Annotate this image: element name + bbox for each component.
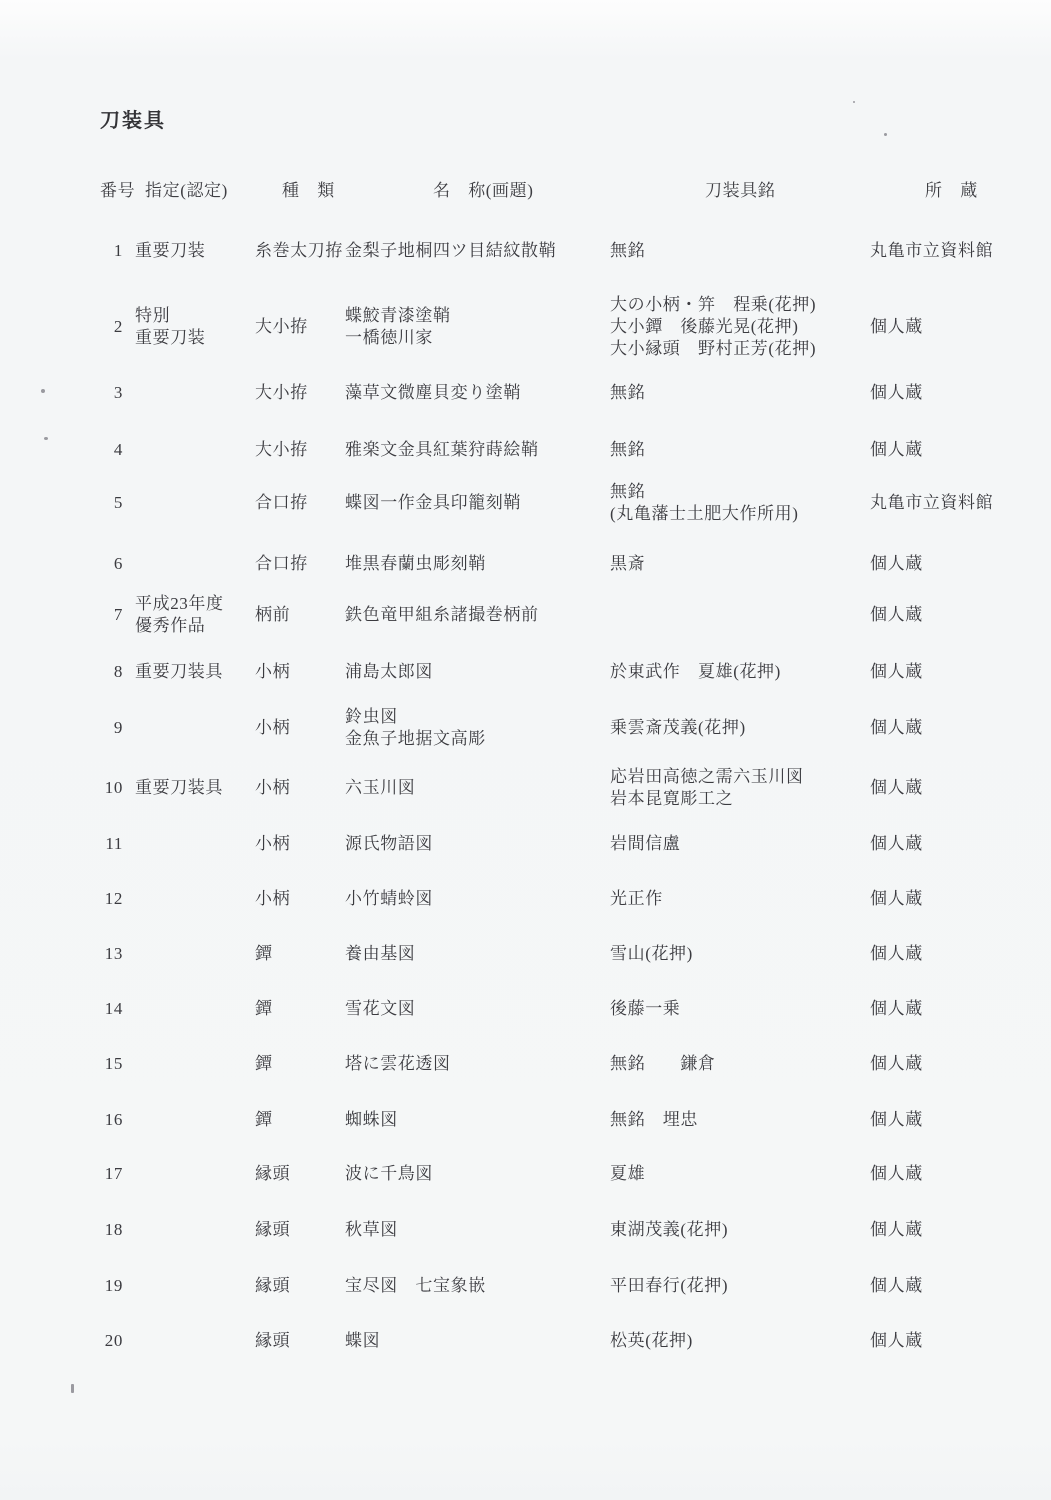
row-type: 縁頭 bbox=[255, 1330, 345, 1352]
row-type: 小柄 bbox=[255, 777, 345, 799]
row-type: 小柄 bbox=[255, 661, 345, 683]
row-type: 小柄 bbox=[255, 833, 345, 855]
row-name: 鈴虫図 金魚子地据文高彫 bbox=[345, 706, 610, 750]
row-type: 縁頭 bbox=[255, 1163, 345, 1185]
row-owner: 個人蔵 bbox=[870, 943, 1041, 965]
row-name: 雅楽文金具紅葉狩蒔絵鞘 bbox=[345, 439, 610, 461]
row-name: 波に千鳥図 bbox=[345, 1163, 610, 1185]
row-number: 20 bbox=[100, 1330, 135, 1352]
scanned-document-page: 刀装具 番号 指定(認定) 種 類 名 称(画題) 刀装具銘 所 蔵 1 重要刀… bbox=[0, 0, 1051, 1500]
row-owner: 個人蔵 bbox=[870, 604, 1041, 626]
row-type: 縁頭 bbox=[255, 1275, 345, 1297]
table-row: 7 平成23年度 優秀作品 柄前 鉄色竜甲組糸諸撮巻柄前 個人蔵 bbox=[100, 593, 1051, 637]
row-name: 宝尽図 七宝象嵌 bbox=[345, 1275, 610, 1297]
row-owner: 丸亀市立資料館 bbox=[870, 492, 1041, 514]
row-type: 鐔 bbox=[255, 998, 345, 1020]
row-name: 小竹蜻蛉図 bbox=[345, 888, 610, 910]
row-owner: 個人蔵 bbox=[870, 777, 1041, 799]
table-row: 15 鐔 塔に雲花透図 無銘 鎌倉 個人蔵 bbox=[100, 1053, 1051, 1075]
row-mei: 岩間信盧 bbox=[610, 833, 870, 855]
row-mei: 無銘 bbox=[610, 439, 870, 461]
row-mei: 無銘 (丸亀藩士土肥大作所用) bbox=[610, 481, 870, 525]
row-type: 鐔 bbox=[255, 1053, 345, 1075]
header-number: 番号 bbox=[100, 180, 135, 202]
table-row: 12 小柄 小竹蜻蛉図 光正作 個人蔵 bbox=[100, 888, 1051, 910]
row-name: 鉄色竜甲組糸諸撮巻柄前 bbox=[345, 604, 610, 626]
table-row: 16 鐔 蜘蛛図 無銘 埋忠 個人蔵 bbox=[100, 1109, 1051, 1131]
row-owner: 個人蔵 bbox=[870, 888, 1041, 910]
document-content: 刀装具 番号 指定(認定) 種 類 名 称(画題) 刀装具銘 所 蔵 1 重要刀… bbox=[0, 0, 1051, 1352]
row-owner: 個人蔵 bbox=[870, 661, 1041, 683]
table-row: 3 大小拵 藻草文微塵貝変り塗鞘 無銘 個人蔵 bbox=[100, 382, 1051, 404]
row-name: 藻草文微塵貝変り塗鞘 bbox=[345, 382, 610, 404]
row-type: 縁頭 bbox=[255, 1219, 345, 1241]
table-row: 19 縁頭 宝尽図 七宝象嵌 平田春行(花押) 個人蔵 bbox=[100, 1275, 1051, 1297]
row-mei: 乗雲斎茂義(花押) bbox=[610, 717, 870, 739]
row-number: 17 bbox=[100, 1163, 135, 1185]
row-mei: 無銘 埋忠 bbox=[610, 1109, 870, 1131]
table-row: 9 小柄 鈴虫図 金魚子地据文高彫 乗雲斎茂義(花押) 個人蔵 bbox=[100, 706, 1051, 750]
row-mei: 無銘 bbox=[610, 240, 870, 262]
row-type: 合口拵 bbox=[255, 492, 345, 514]
row-designation: 特別 重要刀装 bbox=[135, 305, 255, 349]
table-row: 13 鐔 養由基図 雪山(花押) 個人蔵 bbox=[100, 943, 1051, 965]
row-owner: 個人蔵 bbox=[870, 316, 1041, 338]
row-number: 13 bbox=[100, 943, 135, 965]
row-number: 16 bbox=[100, 1109, 135, 1131]
row-name: 蝶図 bbox=[345, 1330, 610, 1352]
row-type: 小柄 bbox=[255, 888, 345, 910]
row-number: 8 bbox=[100, 661, 135, 683]
table-row: 5 合口拵 蝶図一作金具印籠刻鞘 無銘 (丸亀藩士土肥大作所用) 丸亀市立資料館 bbox=[100, 481, 1051, 525]
row-owner: 個人蔵 bbox=[870, 1053, 1041, 1075]
header-mei: 刀装具銘 bbox=[610, 180, 870, 202]
row-number: 9 bbox=[100, 717, 135, 739]
row-mei: 於東武作 夏雄(花押) bbox=[610, 661, 870, 683]
row-type: 鐔 bbox=[255, 943, 345, 965]
row-mei: 光正作 bbox=[610, 888, 870, 910]
row-owner: 丸亀市立資料館 bbox=[870, 240, 1041, 262]
row-type: 大小拵 bbox=[255, 316, 345, 338]
row-mei: 大の小柄・笄 程乗(花押) 大小鐔 後藤光晃(花押) 大小縁頭 野村正芳(花押) bbox=[610, 294, 870, 360]
row-owner: 個人蔵 bbox=[870, 1330, 1041, 1352]
row-name: 金梨子地桐四ツ目結紋散鞘 bbox=[345, 240, 610, 262]
row-number: 14 bbox=[100, 998, 135, 1020]
table-row: 2 特別 重要刀装 大小拵 蝶鮫青漆塗鞘 一橋徳川家 大の小柄・笄 程乗(花押)… bbox=[100, 294, 1051, 360]
row-mei: 夏雄 bbox=[610, 1163, 870, 1185]
row-name: 六玉川図 bbox=[345, 777, 610, 799]
row-number: 1 bbox=[100, 240, 135, 262]
row-number: 4 bbox=[100, 439, 135, 461]
header-type: 種 類 bbox=[255, 180, 345, 202]
row-number: 18 bbox=[100, 1219, 135, 1241]
page-title: 刀装具 bbox=[100, 104, 1051, 133]
row-number: 2 bbox=[100, 316, 135, 338]
row-name: 養由基図 bbox=[345, 943, 610, 965]
row-mei: 黒斎 bbox=[610, 553, 870, 575]
row-number: 7 bbox=[100, 604, 135, 626]
row-owner: 個人蔵 bbox=[870, 553, 1041, 575]
row-number: 11 bbox=[100, 833, 135, 855]
row-mei: 松英(花押) bbox=[610, 1330, 870, 1352]
table-row: 20 縁頭 蝶図 松英(花押) 個人蔵 bbox=[100, 1330, 1051, 1352]
row-name: 蝶鮫青漆塗鞘 一橋徳川家 bbox=[345, 305, 610, 349]
row-number: 19 bbox=[100, 1275, 135, 1297]
row-mei: 東湖茂義(花押) bbox=[610, 1219, 870, 1241]
row-mei: 無銘 鎌倉 bbox=[610, 1053, 870, 1075]
row-mei: 平田春行(花押) bbox=[610, 1275, 870, 1297]
row-mei: 雪山(花押) bbox=[610, 943, 870, 965]
row-mei: 応岩田高徳之需六玉川図 岩本昆寛彫工之 bbox=[610, 766, 870, 810]
row-owner: 個人蔵 bbox=[870, 833, 1041, 855]
row-number: 3 bbox=[100, 382, 135, 404]
header-name: 名 称(画題) bbox=[345, 180, 610, 202]
table-row: 18 縁頭 秋草図 東湖茂義(花押) 個人蔵 bbox=[100, 1219, 1051, 1241]
header-designation: 指定(認定) bbox=[135, 180, 255, 202]
row-type: 大小拵 bbox=[255, 439, 345, 461]
row-number: 10 bbox=[100, 777, 135, 799]
table-row: 11 小柄 源氏物語図 岩間信盧 個人蔵 bbox=[100, 833, 1051, 855]
row-owner: 個人蔵 bbox=[870, 382, 1041, 404]
row-designation: 重要刀装具 bbox=[135, 661, 255, 683]
row-type: 糸巻太刀拵 bbox=[255, 240, 345, 262]
row-owner: 個人蔵 bbox=[870, 1163, 1041, 1185]
row-owner: 個人蔵 bbox=[870, 1219, 1041, 1241]
row-designation: 重要刀装具 bbox=[135, 777, 255, 799]
row-type: 合口拵 bbox=[255, 553, 345, 575]
row-mei: 無銘 bbox=[610, 382, 870, 404]
table-row: 17 縁頭 波に千鳥図 夏雄 個人蔵 bbox=[100, 1163, 1051, 1185]
row-number: 15 bbox=[100, 1053, 135, 1075]
row-type: 大小拵 bbox=[255, 382, 345, 404]
table-row: 1 重要刀装 糸巻太刀拵 金梨子地桐四ツ目結紋散鞘 無銘 丸亀市立資料館 bbox=[100, 240, 1051, 262]
row-number: 5 bbox=[100, 492, 135, 514]
row-owner: 個人蔵 bbox=[870, 998, 1041, 1020]
table-row: 4 大小拵 雅楽文金具紅葉狩蒔絵鞘 無銘 個人蔵 bbox=[100, 439, 1051, 461]
table-row: 8 重要刀装具 小柄 浦島太郎図 於東武作 夏雄(花押) 個人蔵 bbox=[100, 661, 1051, 683]
row-name: 蝶図一作金具印籠刻鞘 bbox=[345, 492, 610, 514]
row-number: 12 bbox=[100, 888, 135, 910]
row-name: 秋草図 bbox=[345, 1219, 610, 1241]
table-row: 14 鐔 雪花文図 後藤一乗 個人蔵 bbox=[100, 998, 1051, 1020]
row-type: 柄前 bbox=[255, 604, 345, 626]
row-type: 鐔 bbox=[255, 1109, 345, 1131]
row-designation: 平成23年度 優秀作品 bbox=[135, 593, 255, 637]
row-designation: 重要刀装 bbox=[135, 240, 255, 262]
row-owner: 個人蔵 bbox=[870, 717, 1041, 739]
row-name: 雪花文図 bbox=[345, 998, 610, 1020]
header-owner: 所 蔵 bbox=[870, 180, 1041, 202]
table-row: 10 重要刀装具 小柄 六玉川図 応岩田高徳之需六玉川図 岩本昆寛彫工之 個人蔵 bbox=[100, 766, 1051, 810]
row-owner: 個人蔵 bbox=[870, 1109, 1041, 1131]
table-row: 6 合口拵 堆黒春蘭虫彫刻鞘 黒斎 個人蔵 bbox=[100, 553, 1051, 575]
row-owner: 個人蔵 bbox=[870, 439, 1041, 461]
table-header-row: 番号 指定(認定) 種 類 名 称(画題) 刀装具銘 所 蔵 bbox=[100, 180, 1051, 202]
row-name: 源氏物語図 bbox=[345, 833, 610, 855]
scan-speck bbox=[71, 1384, 74, 1393]
row-type: 小柄 bbox=[255, 717, 345, 739]
row-name: 蜘蛛図 bbox=[345, 1109, 610, 1131]
row-name: 浦島太郎図 bbox=[345, 661, 610, 683]
row-number: 6 bbox=[100, 553, 135, 575]
row-mei: 後藤一乗 bbox=[610, 998, 870, 1020]
row-name: 塔に雲花透図 bbox=[345, 1053, 610, 1075]
row-name: 堆黒春蘭虫彫刻鞘 bbox=[345, 553, 610, 575]
row-owner: 個人蔵 bbox=[870, 1275, 1041, 1297]
